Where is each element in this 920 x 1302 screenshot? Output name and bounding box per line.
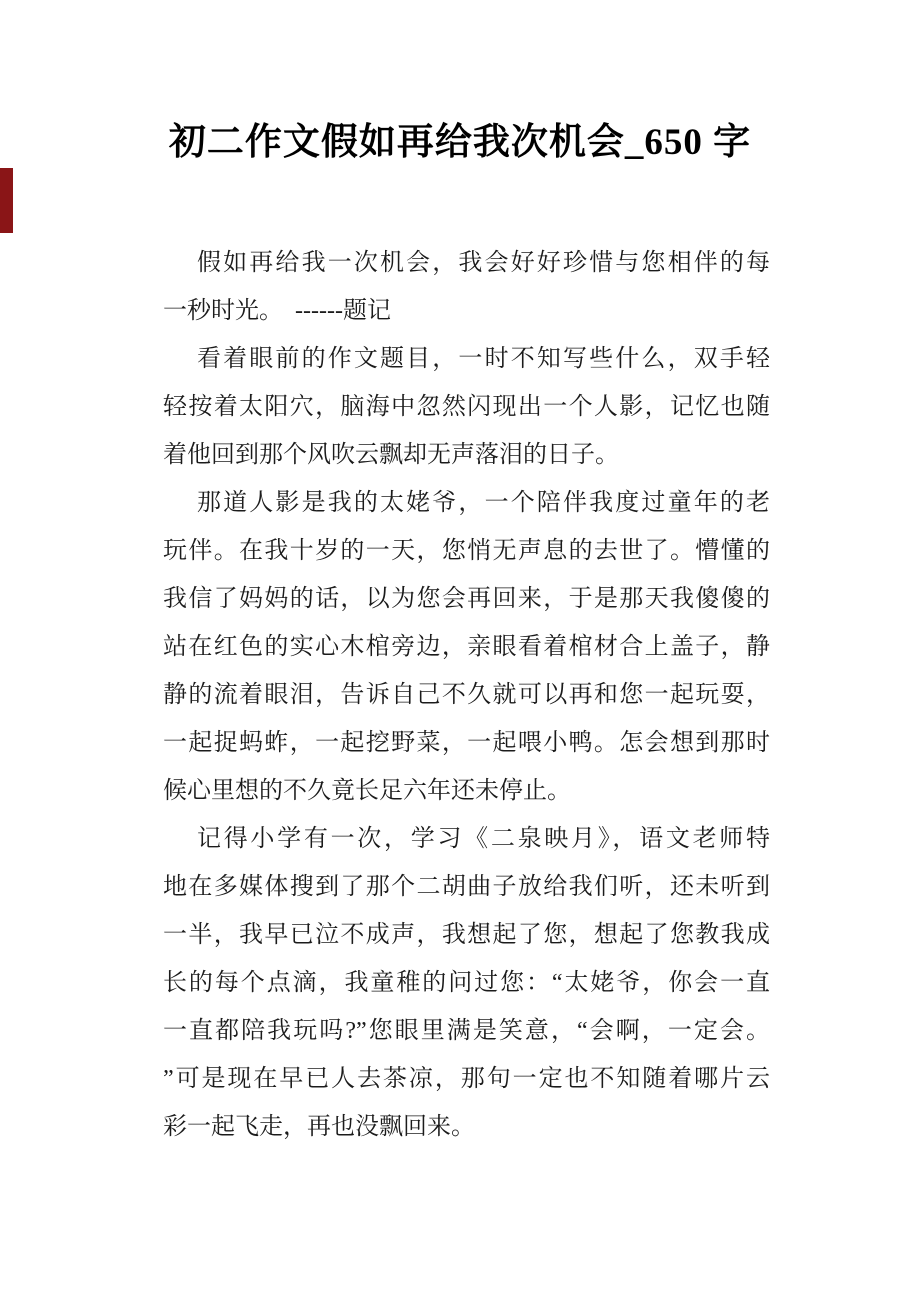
text-line: 站在红色的实心木棺旁边，亲眼看着棺材合上盖子，静 — [163, 623, 770, 671]
text-line: 彩一起飞走，再也没飘回来。 — [163, 1103, 770, 1151]
text-line: 玩伴。在我十岁的一天，您悄无声息的去世了。懵懂的 — [163, 527, 770, 575]
text-line: 我信了妈妈的话，以为您会再回来，于是那天我傻傻的 — [163, 575, 770, 623]
text-line: 一直都陪我玩吗?”您眼里满是笑意，“会啊，一定会。 — [163, 1007, 770, 1055]
text-line: 静的流着眼泪，告诉自己不久就可以再和您一起玩耍， — [163, 671, 770, 719]
text-line: 着他回到那个风吹云飘却无声落泪的日子。 — [163, 431, 770, 479]
text-line: 轻按着太阳穴，脑海中忽然闪现出一个人影，记忆也随 — [163, 383, 770, 431]
text-line: 一半，我早已泣不成声，我想起了您，想起了您教我成 — [163, 911, 770, 959]
text-line: ”可是现在早已人去茶凉，那句一定也不知随着哪片云 — [163, 1055, 770, 1103]
red-edge-marker — [0, 168, 13, 233]
text-line: 长的每个点滴，我童稚的问过您：“太姥爷，你会一直 — [163, 959, 770, 1007]
document-page: 初二作文假如再给我次机会_650 字 假如再给我一次机会，我会好好珍惜与您相伴的… — [0, 0, 920, 1302]
document-body: 假如再给我一次机会，我会好好珍惜与您相伴的每一秒时光。 ------题记看着眼前… — [163, 239, 770, 1151]
document-title: 初二作文假如再给我次机会_650 字 — [0, 119, 920, 167]
text-line: 一秒时光。 ------题记 — [163, 287, 770, 335]
text-line: 看着眼前的作文题目，一时不知写些什么，双手轻 — [163, 335, 770, 383]
text-line: 记得小学有一次，学习《二泉映月》，语文老师特 — [163, 815, 770, 863]
text-line: 一起捉蚂蚱，一起挖野菜，一起喂小鸭。怎会想到那时 — [163, 719, 770, 767]
text-line: 候心里想的不久竟长足六年还未停止。 — [163, 767, 770, 815]
text-line: 假如再给我一次机会，我会好好珍惜与您相伴的每 — [163, 239, 770, 287]
text-line: 地在多媒体搜到了那个二胡曲子放给我们听，还未听到 — [163, 863, 770, 911]
text-line: 那道人影是我的太姥爷，一个陪伴我度过童年的老 — [163, 479, 770, 527]
